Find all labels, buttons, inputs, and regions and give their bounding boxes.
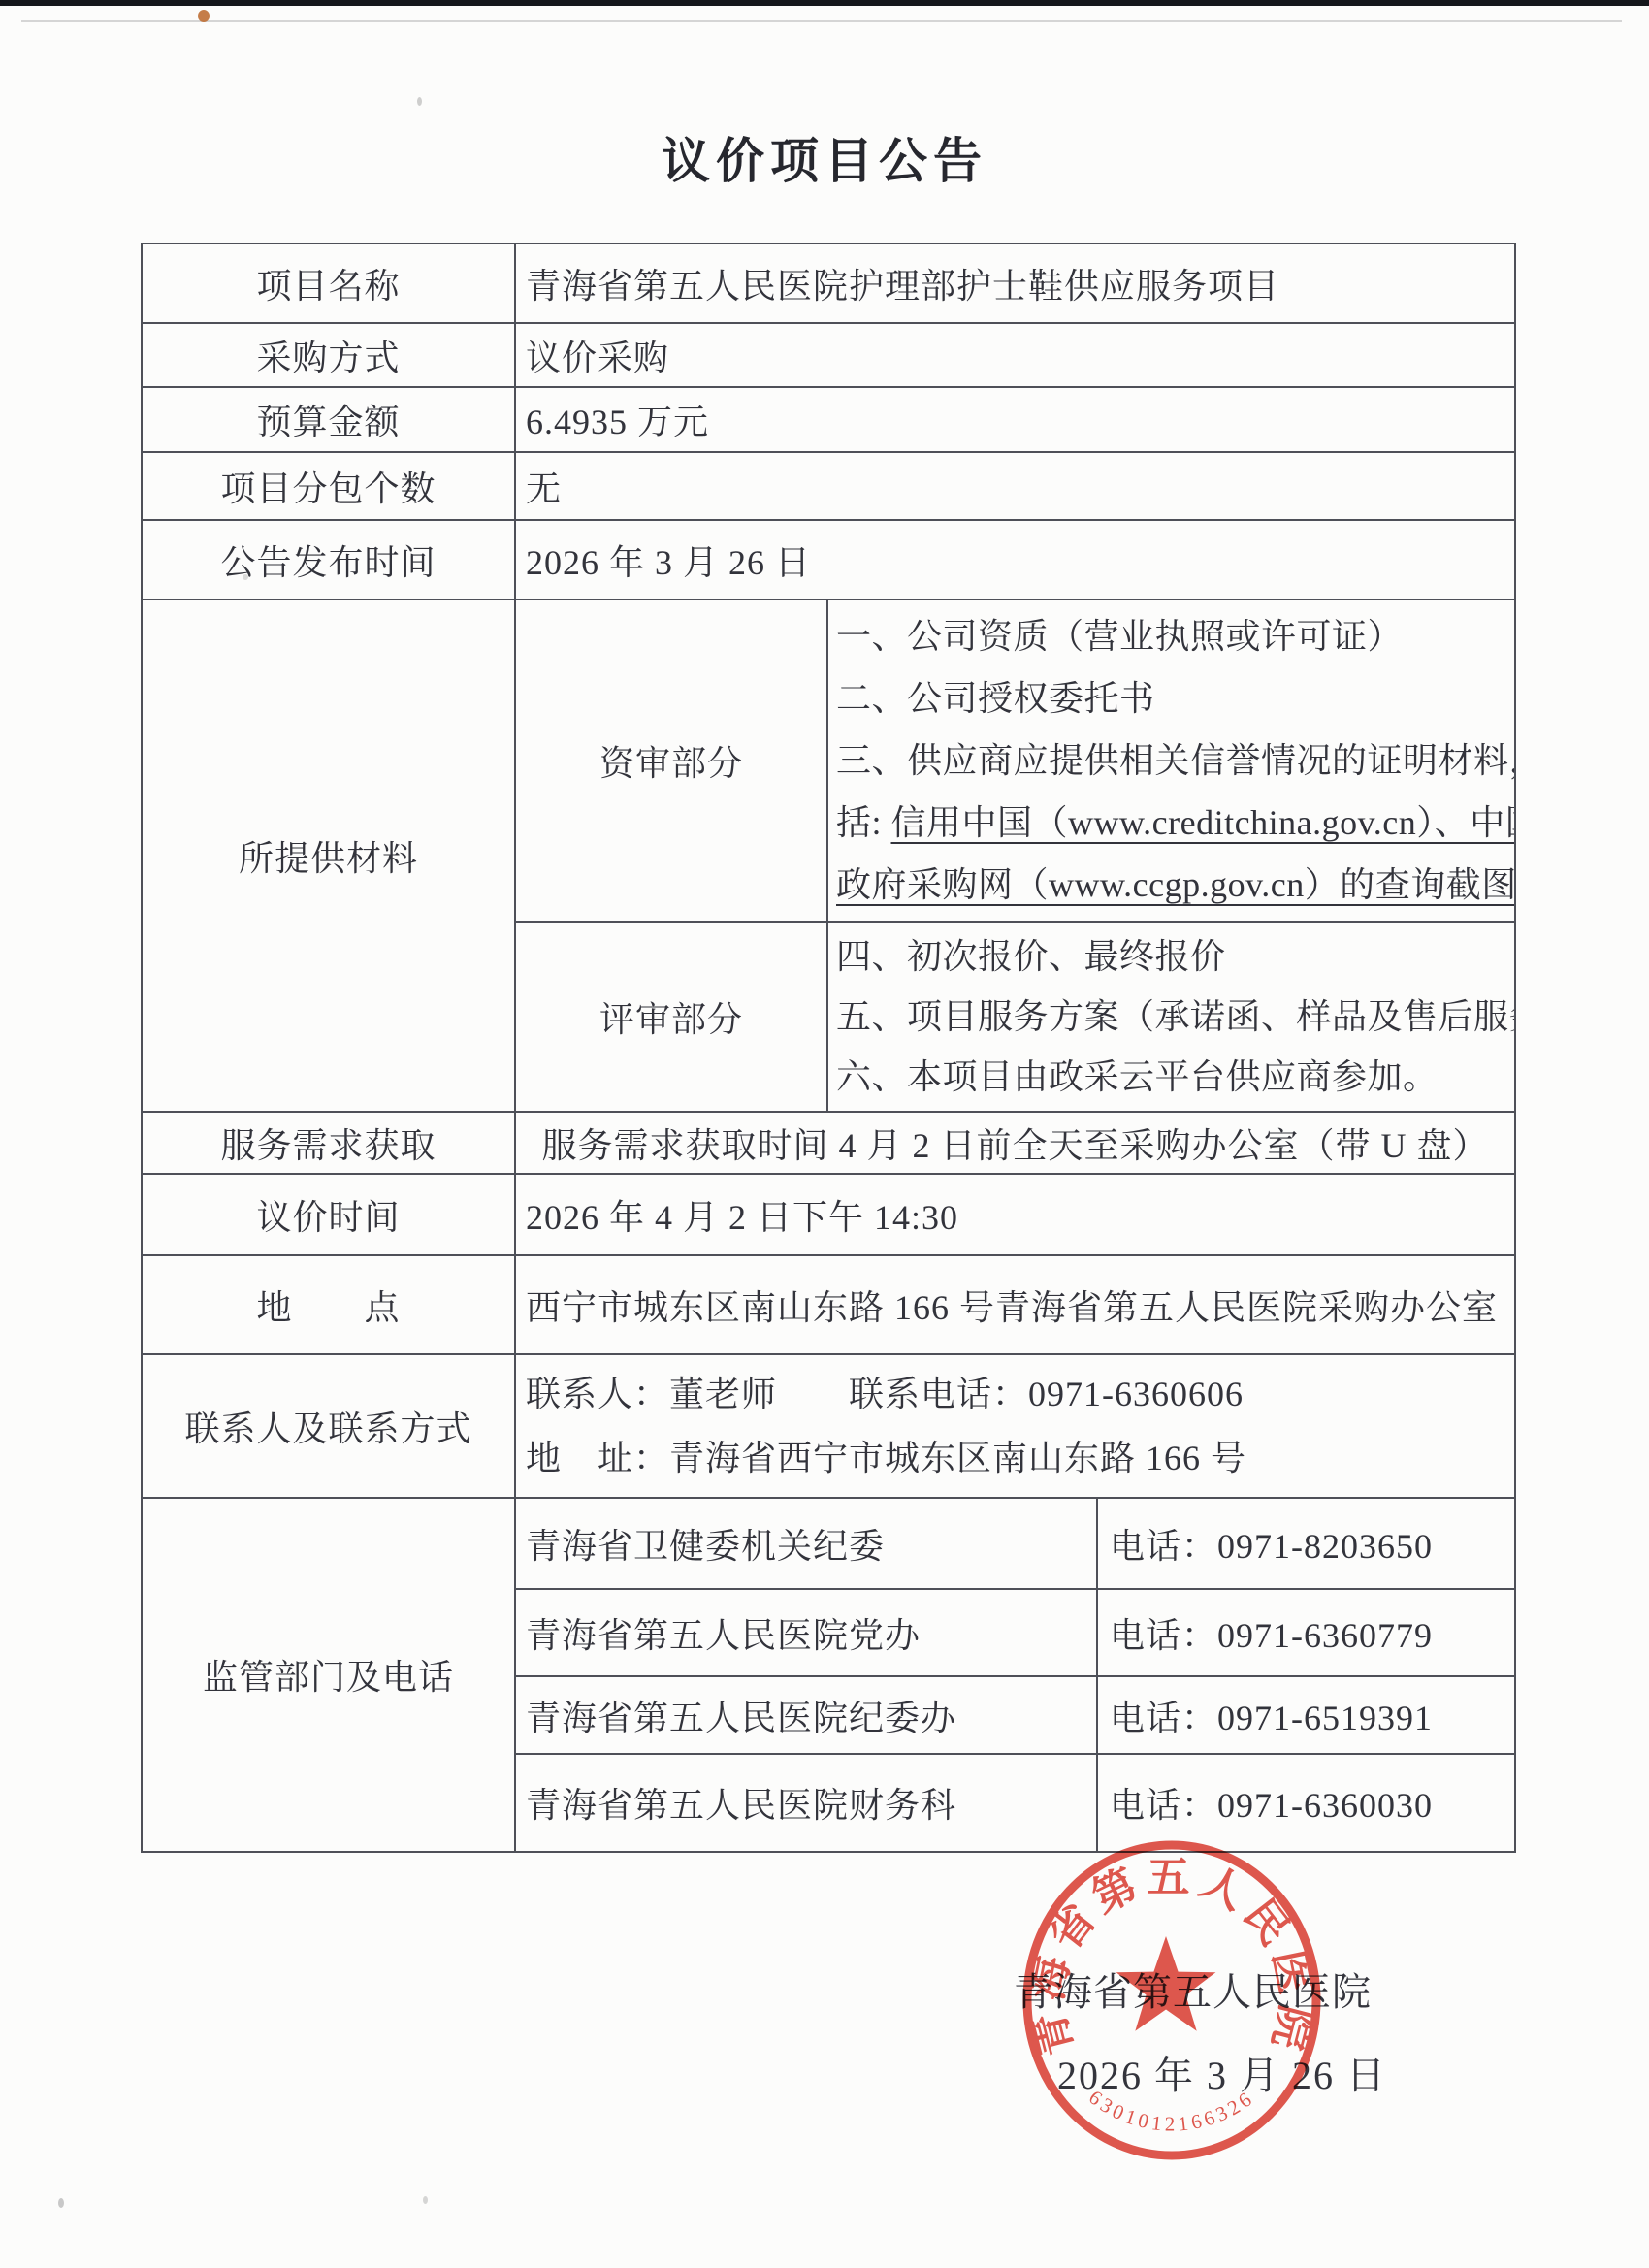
supervision-phone-2: 电话：0971-6360779 — [1097, 1589, 1515, 1676]
lot-count-value: 无 — [515, 452, 1515, 520]
project-name-label: 项目名称 — [142, 243, 515, 323]
supervision-dept-1: 青海省卫健委机关纪委 — [515, 1498, 1097, 1589]
evaluation-item-1: 四、初次报价、最终报价 — [836, 926, 1514, 987]
qualification-item-2: 二、公司授权委托书 — [836, 667, 1514, 729]
qualification-item-3-line-3: 政府采购网（www.ccgp.gov.cn）的查询截图。 — [836, 854, 1514, 916]
lot-count-label: 项目分包个数 — [142, 452, 515, 520]
seal-number: 6301012166326 — [1084, 2086, 1259, 2136]
service-requirement-value: 服务需求获取时间 4 月 2 日前全天至采购办公室（带 U 盘） — [515, 1112, 1515, 1174]
project-name-value: 青海省第五人民医院护理部护士鞋供应服务项目 — [515, 243, 1515, 323]
supervision-label: 监管部门及电话 — [142, 1498, 515, 1852]
qualification-item-3-line-2: 括: 信用中国（www.creditchina.gov.cn）、中国 — [836, 792, 1514, 854]
scan-artifact-speck — [417, 97, 422, 106]
supervision-phone-3: 电话：0971-6519391 — [1097, 1676, 1515, 1754]
budget-value: 6.4935 万元 — [515, 387, 1515, 452]
supervision-dept-2: 青海省第五人民医院党办 — [515, 1589, 1097, 1676]
scan-artifact-speck — [423, 2196, 428, 2204]
announcement-table: 项目名称 青海省第五人民医院护理部护士鞋供应服务项目 采购方式 议价采购 预算金… — [141, 243, 1516, 1853]
seal-star-icon — [1116, 1936, 1216, 2031]
location-label: 地 点 — [142, 1255, 515, 1354]
location-value: 西宁市城东区南山东路 166 号青海省第五人民医院采购办公室 — [515, 1255, 1515, 1354]
evaluation-section-content: 四、初次报价、最终报价 五、项目服务方案（承诺函、样品及售后服务） 六、本项目由… — [827, 922, 1515, 1112]
scan-artifact-faint-line — [21, 20, 1622, 22]
contact-value: 联系人：董老师 联系电话：0971-6360606 地 址：青海省西宁市城东区南… — [515, 1354, 1515, 1498]
scan-artifact-top-band — [0, 0, 1649, 6]
official-red-seal: 青海省第五人民医院 6301012166326 — [1007, 1831, 1337, 2170]
page-title: 议价项目公告 — [0, 122, 1649, 192]
supervision-dept-3: 青海省第五人民医院纪委办 — [515, 1676, 1097, 1754]
contact-label: 联系人及联系方式 — [142, 1354, 515, 1498]
qualification-section-content: 一、公司资质（营业执照或许可证） 二、公司授权委托书 三、供应商应提供相关信誉情… — [827, 599, 1515, 922]
evaluation-item-3: 六、本项目由政采云平台供应商参加。 — [836, 1047, 1514, 1107]
materials-label: 所提供材料 — [142, 599, 515, 1112]
scan-artifact-speck — [58, 2198, 64, 2208]
qualification-item-1: 一、公司资质（营业执照或许可证） — [836, 605, 1514, 667]
scanned-announcement-page: 议价项目公告 项目名称 青海省第五人民医院护理部护士鞋供应服务项目 采购方式 议… — [0, 0, 1649, 2268]
ccgp-link-text: 政府采购网（www.ccgp.gov.cn）的查询截图 — [836, 865, 1515, 904]
publish-date-value: 2026 年 3 月 26 日 — [515, 520, 1515, 599]
qualification-section-label: 资审部分 — [515, 599, 827, 922]
procurement-method-value: 议价采购 — [515, 323, 1515, 387]
budget-label: 预算金额 — [142, 387, 515, 452]
credit-china-link-text: 信用中国（www.creditchina.gov.cn）、中国 — [891, 803, 1516, 842]
service-requirement-label: 服务需求获取 — [142, 1112, 515, 1174]
contact-line-2: 地 址：青海省西宁市城东区南山东路 166 号 — [526, 1426, 1513, 1490]
procurement-method-label: 采购方式 — [142, 323, 515, 387]
contact-line-1: 联系人：董老师 联系电话：0971-6360606 — [526, 1362, 1513, 1426]
negotiation-time-value: 2026 年 4 月 2 日下午 14:30 — [515, 1174, 1515, 1255]
evaluation-section-label: 评审部分 — [515, 922, 827, 1112]
qualification-item-3-line-1: 三、供应商应提供相关信誉情况的证明材料，包 — [836, 729, 1514, 792]
supervision-phone-1: 电话：0971-8203650 — [1097, 1498, 1515, 1589]
scan-artifact-speck — [198, 10, 210, 22]
evaluation-item-2: 五、项目服务方案（承诺函、样品及售后服务） — [836, 987, 1514, 1047]
publish-date-label: 公告发布时间 — [142, 520, 515, 599]
svg-text:6301012166326: 6301012166326 — [1084, 2086, 1259, 2136]
negotiation-time-label: 议价时间 — [142, 1174, 515, 1255]
